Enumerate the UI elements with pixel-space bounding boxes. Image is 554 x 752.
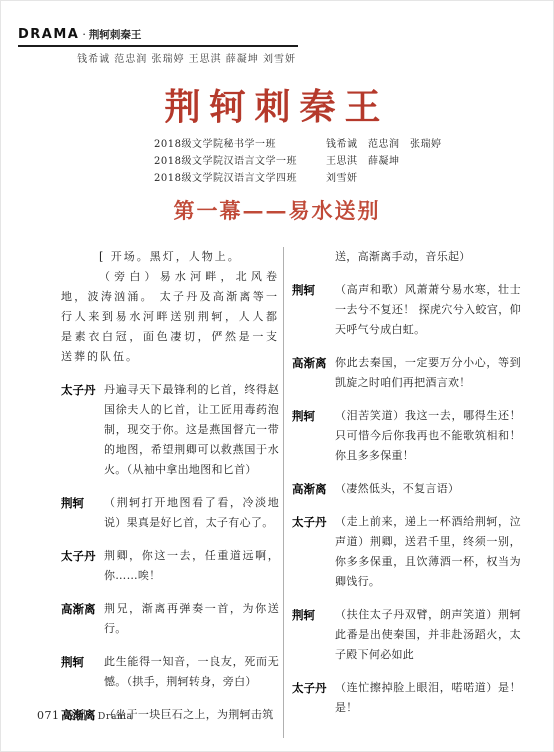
speech-text: （连忙擦掉脸上眼泪，喏喏道）是！是！ [335, 678, 521, 718]
act-heading: 第一幕——易水送别 [1, 195, 553, 225]
magazine-page: DRAMA·荆轲刺秦王 钱希诚 范忠润 张瑞婷 王思淇 薛凝坤 刘雪妍 荆轲刺秦… [0, 0, 554, 752]
speaker-label [292, 247, 335, 267]
speaker-label: 荆轲 [292, 280, 335, 340]
speech-text: 此生能得一知音，一良友，死而无憾。（拱手，荆轲转身，旁白） [104, 652, 279, 692]
speaker-label: 太子丹 [61, 380, 104, 480]
dialogue-block: 荆轲 （高声和歌）风萧萧兮易水寒，壮士一去兮不复还！ 探虎穴兮入蛟宫，仰天呼气兮… [292, 280, 521, 340]
speech-text: 送，高渐离手动，音乐起） [335, 247, 521, 267]
speaker-label: 高渐离 [292, 353, 335, 393]
section-name-cn: 戏剧 [64, 709, 87, 722]
column-divider [283, 247, 284, 738]
credit-names: 刘雪妍 [326, 170, 358, 187]
speech-text: （泪苦笑道）我这一去，哪得生还！只可惜今后你我再也不能歌筑相和！你且多多保重！ [335, 406, 521, 466]
credit-group: 2018级文学院秘书学一班 [154, 136, 326, 153]
credit-row: 2018级文学院汉语言文学四班 刘雪妍 [154, 170, 442, 187]
credit-names: 王思淇 薛凝坤 [326, 153, 400, 170]
authors-line: 钱希诚 范忠润 张瑞婷 王思淇 薛凝坤 刘雪妍 [18, 50, 298, 65]
credit-row: 2018级文学院秘书学一班 钱希诚 范忠润 张瑞婷 [154, 136, 442, 153]
dialogue-block: 太子丹 （连忙擦掉脸上眼泪，喏喏道）是！是！ [292, 678, 521, 718]
speaker-label: 荆轲 [292, 605, 335, 665]
stage-direction: [ 开场。黑灯，人物上。 （旁白）易水河畔，北风卷地，波涛汹涌。 太子丹及高渐离… [61, 247, 279, 367]
dialogue-block: 高渐离 你此去秦国，一定要万分小心，等到凯旋之时咱们再把酒言欢！ [292, 353, 521, 393]
speech-text: 荆卿，你这一去，任重道远啊，你……唉！ [104, 546, 279, 586]
script-column-left: [ 开场。黑灯，人物上。 （旁白）易水河畔，北风卷地，波涛汹涌。 太子丹及高渐离… [61, 247, 279, 738]
page-title: 荆轲刺秦王 [1, 79, 553, 130]
speech-text: （荆轲打开地图看了看，冷淡地说）果真是好匕首，太子有心了。 [104, 493, 279, 533]
speech-text: （扶住太子丹双臂，朗声笑道）荆轲此番是出使秦国，并非赴汤蹈火，太子殿下何必如此 [335, 605, 521, 665]
credits-block: 2018级文学院秘书学一班 钱希诚 范忠润 张瑞婷 2018级文学院汉语言文学一… [154, 136, 442, 187]
speech-text: （高声和歌）风萧萧兮易水寒，壮士一去兮不复还！ 探虎穴兮入蛟宫，仰天呼气兮成白虹… [335, 280, 521, 340]
speaker-label: 荆轲 [61, 652, 104, 692]
dialogue-block: 荆轲 （泪苦笑道）我这一去，哪得生还！只可惜今后你我再也不能歌筑相和！你且多多保… [292, 406, 521, 466]
speech-text: 荆兄，渐离再弹奏一首，为你送行。 [104, 599, 279, 639]
speaker-label: 高渐离 [292, 479, 335, 499]
credit-group: 2018级文学院汉语言文学一班 [154, 153, 326, 170]
dialogue-block: 太子丹 （走上前来，递上一杯酒给荆轲，泣声道）荆卿，送君千里，终须一别，你多多保… [292, 512, 521, 592]
speech-text: （走上前来，递上一杯酒给荆轲，泣声道）荆卿，送君千里，终须一别，你多多保重，且饮… [335, 512, 521, 592]
dialogue-block: 荆轲 （荆轲打开地图看了看，冷淡地说）果真是好匕首，太子有心了。 [61, 493, 279, 533]
credit-row: 2018级文学院汉语言文学一班 王思淇 薛凝坤 [154, 153, 442, 170]
dialogue-block: 太子丹 丹遍寻天下最锋利的匕首，终得赵国徐夫人的匕首，让工匠用毒药泡制，现交于你… [61, 380, 279, 480]
section-name-en: / Drama [91, 711, 133, 722]
speaker-label: 荆轲 [292, 406, 335, 466]
speech-text: 你此去秦国，一定要万分小心，等到凯旋之时咱们再把酒言欢！ [335, 353, 521, 393]
credit-group: 2018级文学院汉语言文学四班 [154, 170, 326, 187]
page-footer: 071 戏剧 / Drama [37, 707, 133, 723]
speaker-label: 太子丹 [61, 546, 104, 586]
dialogue-block: 太子丹 荆卿，你这一去，任重道远啊，你……唉！ [61, 546, 279, 586]
masthead: DRAMA·荆轲刺秦王 钱希诚 范忠润 张瑞婷 王思淇 薛凝坤 刘雪妍 [18, 23, 298, 65]
script-column-right: 送，高渐离手动，音乐起） 荆轲 （高声和歌）风萧萧兮易水寒，壮士一去兮不复还！ … [292, 247, 521, 738]
speaker-label: 高渐离 [61, 599, 104, 639]
speech-text: 丹遍寻天下最锋利的匕首，终得赵国徐夫人的匕首，让工匠用毒药泡制，现交于你。这是燕… [104, 380, 279, 480]
journal-name: DRAMA [18, 27, 79, 42]
speech-text: （凄然低头，不复言语） [335, 479, 521, 499]
dialogue-block: 高渐离 （凄然低头，不复言语） [292, 479, 521, 499]
dialogue-block: 荆轲 （扶住太子丹双臂，朗声笑道）荆轲此番是出使秦国，并非赴汤蹈火，太子殿下何必… [292, 605, 521, 665]
script-body: [ 开场。黑灯，人物上。 （旁白）易水河畔，北风卷地，波涛汹涌。 太子丹及高渐离… [61, 247, 521, 738]
dialogue-block: 荆轲 此生能得一知音，一良友，死而无憾。（拱手，荆轲转身，旁白） [61, 652, 279, 692]
speaker-label: 太子丹 [292, 678, 335, 718]
separator-dot: · [82, 28, 86, 41]
stage-direction-line: （旁白）易水河畔，北风卷地，波涛汹涌。 太子丹及高渐离等一行人来到易水河畔送别荆… [61, 267, 279, 367]
speaker-label: 太子丹 [292, 512, 335, 592]
page-number: 071 [37, 709, 60, 722]
dialogue-block: 送，高渐离手动，音乐起） [292, 247, 521, 267]
credit-names: 钱希诚 范忠润 张瑞婷 [326, 136, 442, 153]
speaker-label: 荆轲 [61, 493, 104, 533]
dialogue-block: 高渐离 荆兄，渐离再弹奏一首，为你送行。 [61, 599, 279, 639]
stage-direction-line: [ 开场。黑灯，人物上。 [61, 247, 279, 267]
running-title: 荆轲刺秦王 [89, 29, 142, 41]
masthead-line: DRAMA·荆轲刺秦王 [18, 23, 298, 47]
